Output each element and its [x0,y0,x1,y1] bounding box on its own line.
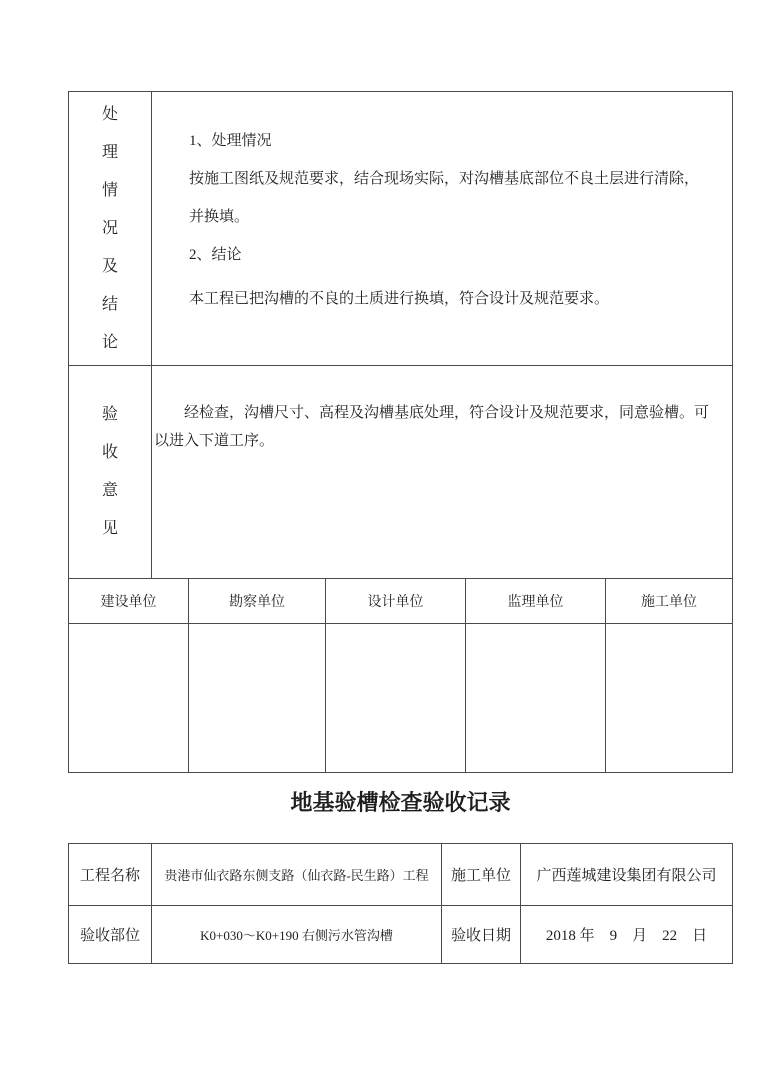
label-char: 验 [102,396,118,434]
label-char: 情 [102,172,118,210]
label-char: 见 [102,510,118,548]
acceptance-date-label: 验收日期 [442,906,521,963]
label-char: 收 [102,434,118,472]
treatment-heading-2: 2、结论 [189,236,712,274]
acceptance-label: 验 收 意 见 [69,366,152,578]
signature-cell-survey [189,624,326,772]
header-supervision-unit: 监理单位 [466,579,606,623]
project-name-label: 工程名称 [69,844,152,905]
label-char: 及 [102,248,118,286]
document-page: 处 理 情 况 及 结 论 1、处理情况 按施工图纸及规范要求，结合现场实际，对… [0,0,763,1080]
project-name-value: 贵港市仙衣路东侧支路（仙衣路-民生路）工程 [152,844,442,905]
header-design-unit: 设计单位 [326,579,466,623]
acceptance-part-value: K0+030～K0+190 右侧污水管沟槽 [152,906,442,963]
contractor-value: 广西莲城建设集团有限公司 [521,844,732,905]
signature-cell-contractor [606,624,732,772]
treatment-paragraph-1: 按施工图纸及规范要求，结合现场实际，对沟槽基底部位不良土层进行清除，并换填。 [189,160,709,236]
unit-header-row: 建设单位 勘察单位 设计单位 监理单位 施工单位 [69,578,732,623]
label-char: 况 [102,210,118,248]
treatment-row: 处 理 情 况 及 结 论 1、处理情况 按施工图纸及规范要求，结合现场实际，对… [69,92,732,365]
document-title: 地基验槽检查验收记录 [68,789,733,817]
treatment-label: 处 理 情 况 及 结 论 [69,92,152,365]
treatment-content: 1、处理情况 按施工图纸及规范要求，结合现场实际，对沟槽基底部位不良土层进行清除… [152,92,732,365]
treatment-paragraph-2: 本工程已把沟槽的不良的土质进行换填，符合设计及规范要求。 [189,280,712,318]
header-construction-unit: 建设单位 [69,579,189,623]
contractor-label: 施工单位 [442,844,521,905]
table-row: 验收部位 K0+030～K0+190 右侧污水管沟槽 验收日期 2018 年 9… [69,905,732,963]
acceptance-part-label: 验收部位 [69,906,152,963]
signature-cell-supervision [466,624,606,772]
table-row: 工程名称 贵港市仙衣路东侧支路（仙衣路-民生路）工程 施工单位 广西莲城建设集团… [69,844,732,905]
header-contractor-unit: 施工单位 [606,579,732,623]
inspection-table: 处 理 情 况 及 结 论 1、处理情况 按施工图纸及规范要求，结合现场实际，对… [68,91,733,773]
acceptance-row: 验 收 意 见 经检查，沟槽尺寸、高程及沟槽基底处理，符合设计及规范要求，同意验… [69,365,732,578]
acceptance-date-value: 2018 年 9 月 22 日 [521,906,732,963]
header-survey-unit: 勘察单位 [189,579,326,623]
signature-cell-design [326,624,466,772]
signature-cell-construction [69,624,189,772]
label-char: 处 [102,96,118,134]
acceptance-content: 经检查，沟槽尺寸、高程及沟槽基底处理，符合设计及规范要求，同意验槽。可以进入下道… [152,366,732,578]
signature-row [69,623,732,772]
label-char: 意 [102,472,118,510]
project-info-table: 工程名称 贵港市仙衣路东侧支路（仙衣路-民生路）工程 施工单位 广西莲城建设集团… [68,843,733,964]
label-char: 结 [102,286,118,324]
label-char: 论 [102,324,118,362]
label-char: 理 [102,134,118,172]
acceptance-text: 经检查，沟槽尺寸、高程及沟槽基底处理，符合设计及规范要求，同意验槽。可以进入下道… [154,399,714,455]
treatment-heading-1: 1、处理情况 [189,122,712,160]
